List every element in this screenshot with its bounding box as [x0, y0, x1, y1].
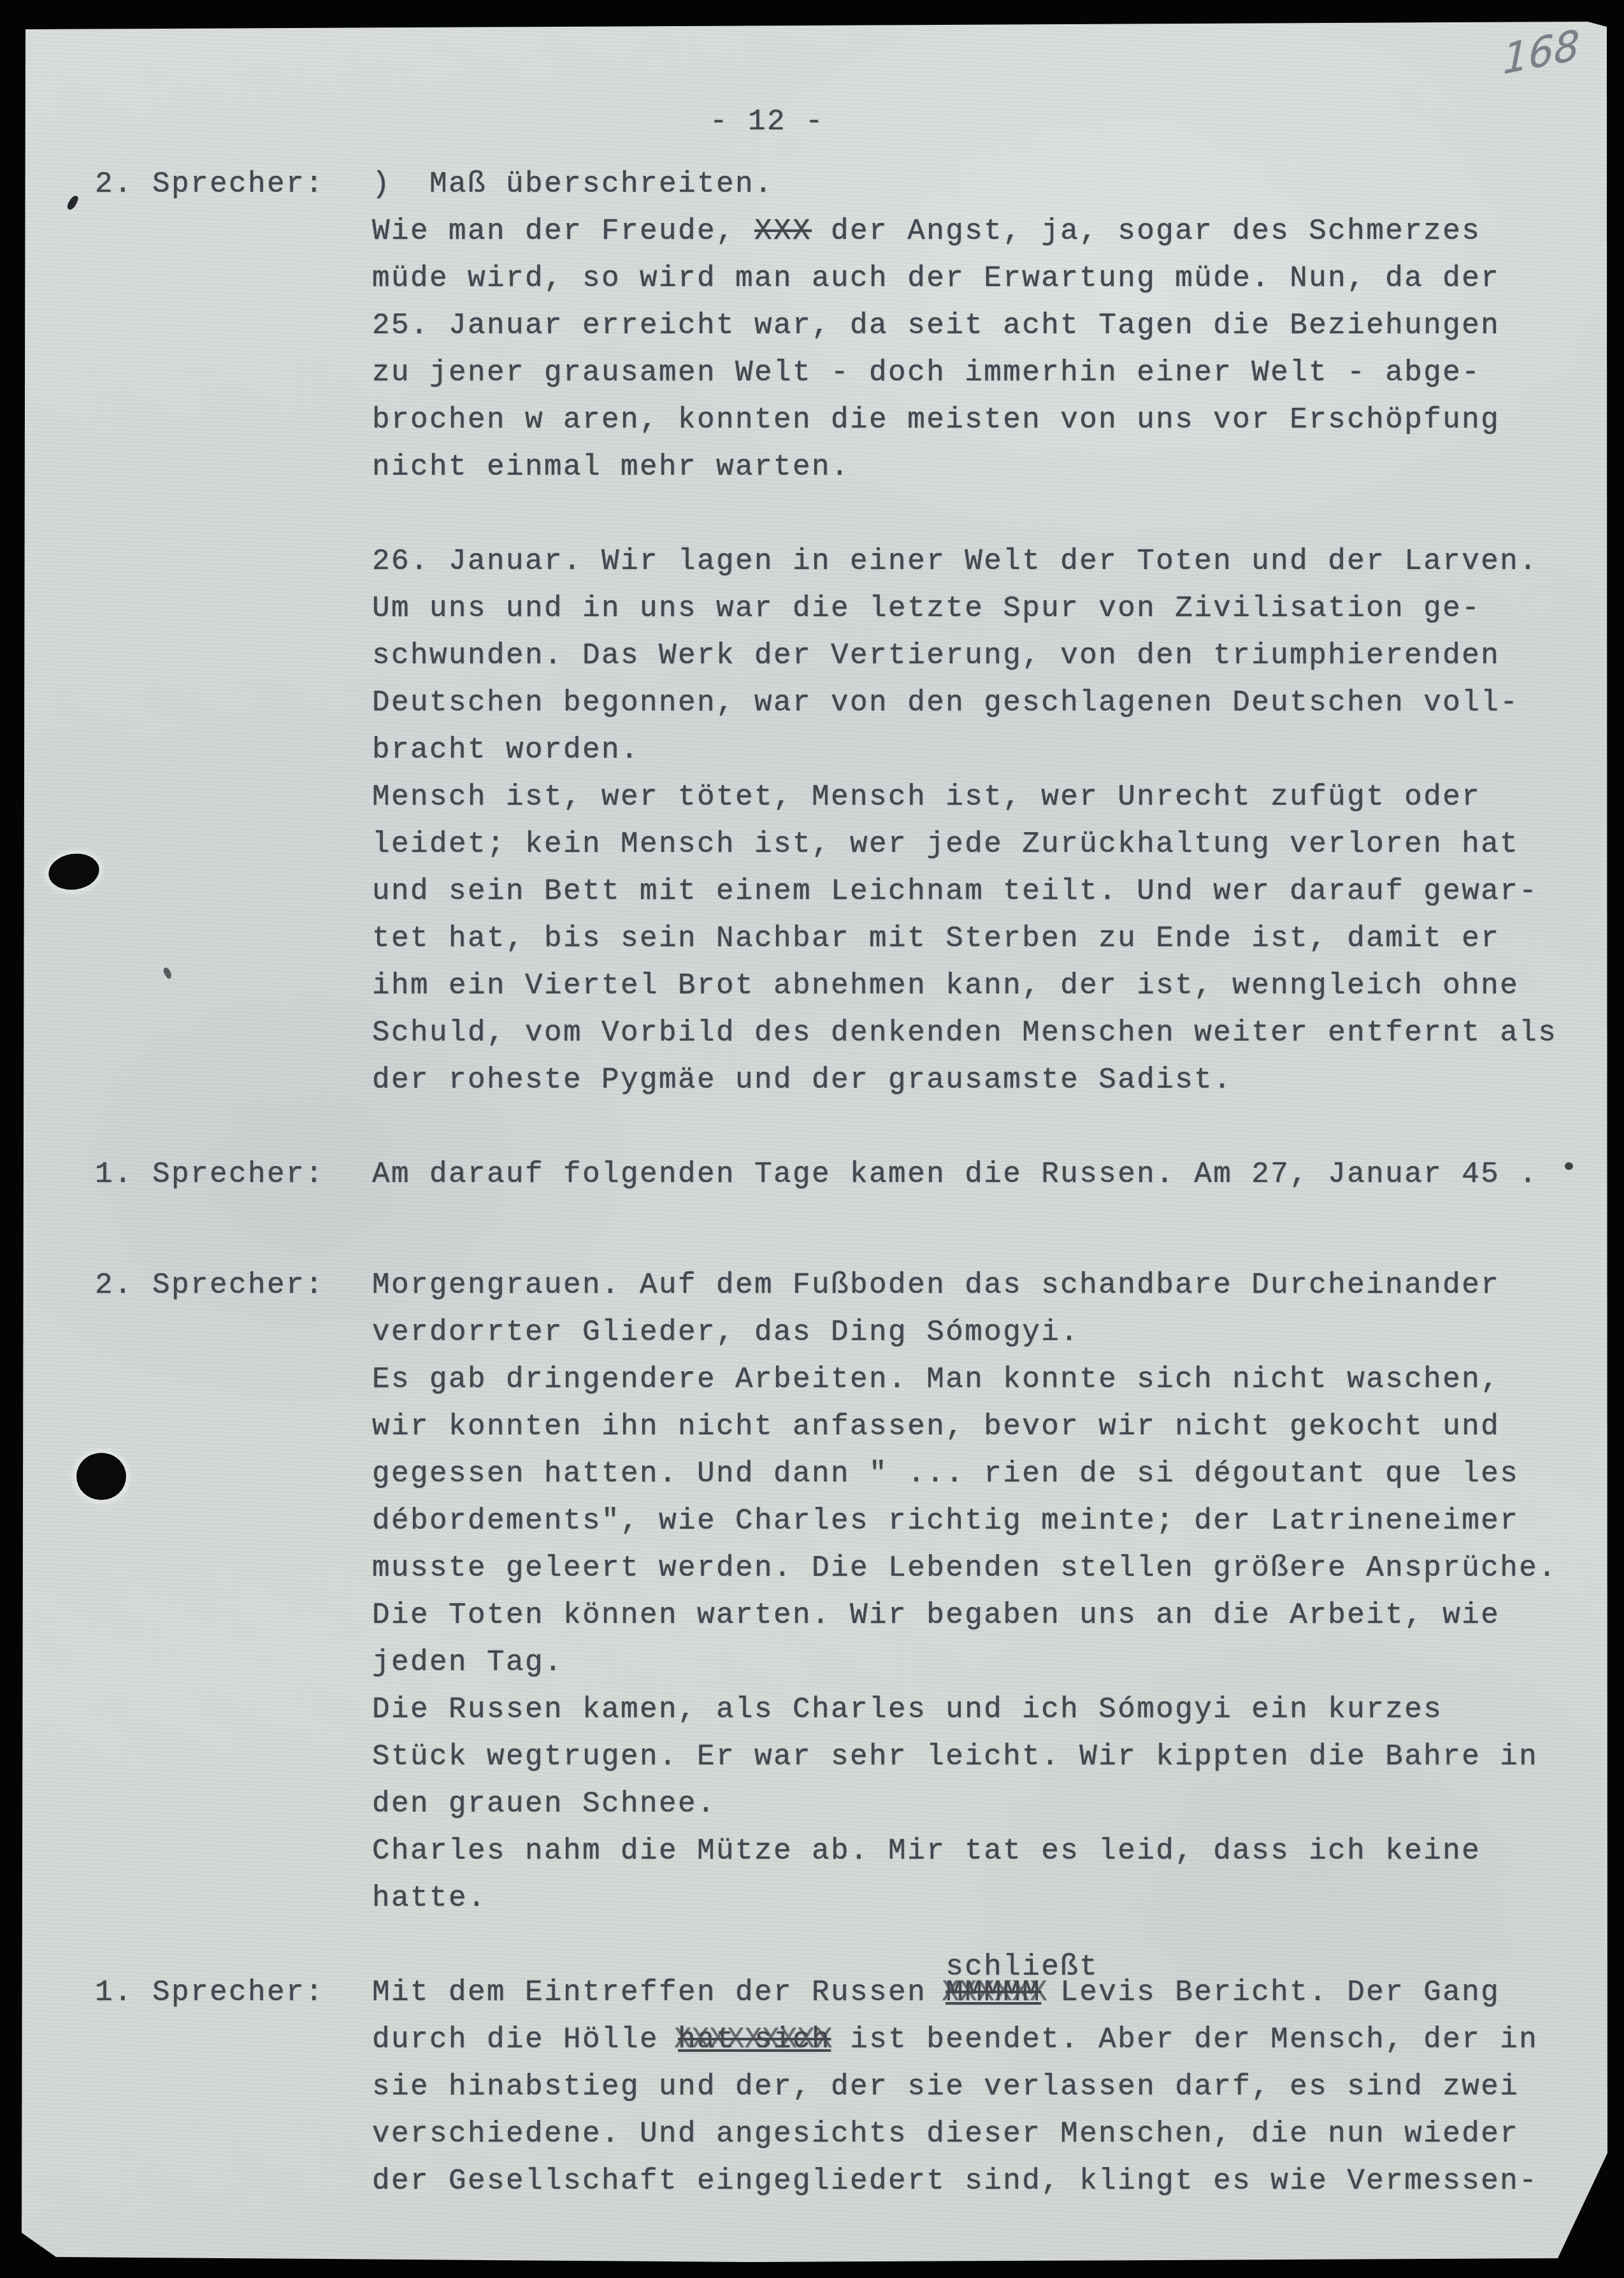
text-segment: der Angst, ja, sogar des Schmerzes	[812, 215, 1481, 248]
speaker-label: 1. Sprecher:	[95, 1969, 324, 2016]
text-segment: Am darauf folgenden Tage kamen die Russe…	[372, 1158, 1538, 1191]
struck-text: MMMMM	[945, 1969, 1041, 2016]
text-segment: bracht worden.	[372, 733, 640, 767]
typed-line: den grauen Schnee.	[372, 1780, 1599, 1827]
dialogue-block: 1. Sprecher:Mit dem Eintreffen der Russe…	[95, 1969, 1599, 2205]
typed-line: Die Russen kamen, als Charles und ich Só…	[372, 1686, 1599, 1733]
scan-background: { "page": { "typed_page_number": "- 12 -…	[0, 0, 1624, 2278]
text-segment: ihm ein Viertel Brot abnehmen kann, der …	[372, 969, 1519, 1002]
text-segment: durch die Hölle	[372, 2023, 678, 2056]
typed-line: ihm ein Viertel Brot abnehmen kann, der …	[372, 962, 1599, 1009]
text-segment: Mensch ist, wer tötet, Mensch ist, wer U…	[372, 781, 1481, 814]
text-segment: wir konnten ihn nicht anfassen, bevor wi…	[372, 1410, 1500, 1443]
text-segment: schwunden. Das Werk der Vertierung, von …	[372, 639, 1500, 672]
text-segment: verschiedene. Und angesichts dieser Mens…	[372, 2117, 1519, 2151]
typed-line: Mensch ist, wer tötet, Mensch ist, wer U…	[372, 774, 1599, 821]
text-segment: sie hinabstieg und der, der sie verlasse…	[372, 2070, 1519, 2103]
typed-page-number: - 12 -	[710, 98, 824, 145]
text-segment: débordements", wie Charles richtig meint…	[372, 1504, 1519, 1538]
text-segment: 25. Januar erreicht war, da seit acht Ta…	[372, 309, 1500, 342]
struck-text: hat sich	[678, 2016, 831, 2063]
typed-line: nicht einmal mehr warten.	[372, 443, 1599, 491]
typed-line: und sein Bett mit einem Leichnam teilt. …	[372, 868, 1599, 915]
text-segment: müde wird, so wird man auch der Erwartun…	[372, 262, 1500, 295]
text-segment: 26. Januar. Wir lagen in einer Welt der …	[372, 545, 1538, 578]
typed-line: gegessen hatten. Und dann " ... rien de …	[372, 1450, 1599, 1497]
text-segment: leidet; kein Mensch ist, wer jede Zurück…	[372, 828, 1519, 861]
typed-line: 25. Januar erreicht war, da seit acht Ta…	[372, 302, 1599, 349]
typed-line: zu jener grausamen Welt - doch immerhin …	[372, 349, 1599, 396]
typed-line: verschiedene. Und angesichts dieser Mens…	[372, 2110, 1599, 2158]
text-segment: Es gab dringendere Arbeiten. Man konnte …	[372, 1363, 1500, 1396]
typed-line: Stück wegtrugen. Er war sehr leicht. Wir…	[372, 1733, 1599, 1780]
text-segment: hatte.	[372, 1882, 487, 1915]
speaker-label: 2. Sprecher:	[95, 161, 324, 208]
ink-speck	[66, 194, 80, 212]
typed-line: Mit dem Eintreffen der Russen schließtMM…	[372, 1969, 1599, 2016]
speaker-label: 1. Sprecher:	[95, 1151, 324, 1198]
speaker-label: 2. Sprecher:	[95, 1262, 324, 1309]
text-segment: Um uns und in uns war die letzte Spur vo…	[372, 592, 1481, 625]
text-segment: musste geleert werden. Die Lebenden stel…	[372, 1552, 1557, 1585]
typed-line: ) Maß überschreiten.	[372, 161, 1599, 208]
typed-line: Wie man der Freude, XXX der Angst, ja, s…	[372, 208, 1599, 255]
typed-line: der roheste Pygmäe und der grausamste Sa…	[372, 1056, 1599, 1104]
text-segment: Die Toten können warten. Wir begaben uns…	[372, 1599, 1500, 1632]
typed-line: wir konnten ihn nicht anfassen, bevor wi…	[372, 1403, 1599, 1450]
dialogue-block: 1. Sprecher:Am darauf folgenden Tage kam…	[95, 1151, 1599, 1198]
typed-line: sie hinabstieg und der, der sie verlasse…	[372, 2063, 1599, 2110]
typed-line: jeden Tag.	[372, 1639, 1599, 1686]
text-segment: ist beendet. Aber der Mensch, der in	[831, 2023, 1538, 2056]
typed-line: musste geleert werden. Die Lebenden stel…	[372, 1545, 1599, 1592]
typed-line: tet hat, bis sein Nachbar mit Sterben zu…	[372, 915, 1599, 962]
typed-line: Morgengrauen. Auf dem Fußboden das schan…	[372, 1262, 1599, 1309]
text-segment: nicht einmal mehr warten.	[372, 451, 850, 484]
text-segment: ) Maß überschreiten.	[372, 168, 773, 201]
text-segment: Wie man der Freude,	[372, 215, 754, 248]
typed-line: verdorrter Glieder, das Ding Sómogyi.	[372, 1309, 1599, 1356]
typed-line: Charles nahm die Mütze ab. Mir tat es le…	[372, 1827, 1599, 1875]
text-segment: gegessen hatten. Und dann " ... rien de …	[372, 1457, 1519, 1490]
text-segment: Deutschen begonnen, war von den geschlag…	[372, 686, 1519, 719]
text-segment: den grauen Schnee.	[372, 1787, 716, 1820]
typed-line: Am darauf folgenden Tage kamen die Russe…	[372, 1151, 1599, 1198]
text-segment: tet hat, bis sein Nachbar mit Sterben zu…	[372, 922, 1500, 955]
typed-line: durch die Hölle hat sich ist beendet. Ab…	[372, 2016, 1599, 2063]
typed-line: Schuld, vom Vorbild des denkenden Mensch…	[372, 1009, 1599, 1056]
typed-line: schwunden. Das Werk der Vertierung, von …	[372, 632, 1599, 679]
typed-line: Es gab dringendere Arbeiten. Man konnte …	[372, 1356, 1599, 1403]
dialogue-block: 2. Sprecher:Morgengrauen. Auf dem Fußbod…	[95, 1262, 1599, 1922]
punch-hole-top	[46, 850, 102, 893]
text-segment: Schuld, vom Vorbild des denkenden Mensch…	[372, 1016, 1557, 1049]
text-segment: der Gesellschaft eingegliedert sind, kli…	[372, 2165, 1538, 2198]
typed-line: 26. Januar. Wir lagen in einer Welt der …	[372, 538, 1599, 585]
text-segment: Die Russen kamen, als Charles und ich Só…	[372, 1693, 1442, 1726]
typed-line	[372, 491, 1599, 538]
typed-line: Um uns und in uns war die letzte Spur vo…	[372, 585, 1599, 632]
typed-line: leidet; kein Mensch ist, wer jede Zurück…	[372, 821, 1599, 868]
handwritten-folio-number: 168	[1502, 22, 1579, 85]
document-page: - 12 - 168 2. Sprecher:) Maß überschreit…	[17, 22, 1608, 2262]
text-segment: Morgengrauen. Auf dem Fußboden das schan…	[372, 1269, 1500, 1302]
text-segment: verdorrter Glieder, das Ding Sómogyi.	[372, 1316, 1079, 1349]
script-blocks: 2. Sprecher:) Maß überschreiten.Wie man …	[95, 161, 1599, 2205]
text-segment: brochen w aren, konnten die meisten von …	[372, 403, 1500, 436]
dialogue-block: 2. Sprecher:) Maß überschreiten.Wie man …	[95, 161, 1599, 1104]
typed-line: bracht worden.	[372, 726, 1599, 774]
typed-line: hatte.	[372, 1875, 1599, 1922]
text-segment: der roheste Pygmäe und der grausamste Sa…	[372, 1063, 1232, 1097]
text-segment: Levis Bericht. Der Gang	[1041, 1976, 1500, 2009]
typed-line: Deutschen begonnen, war von den geschlag…	[372, 679, 1599, 726]
typed-line: débordements", wie Charles richtig meint…	[372, 1497, 1599, 1545]
text-segment: Charles nahm die Mütze ab. Mir tat es le…	[372, 1835, 1481, 1868]
text-segment: zu jener grausamen Welt - doch immerhin …	[372, 356, 1481, 389]
text-segment: und sein Bett mit einem Leichnam teilt. …	[372, 875, 1538, 908]
text-segment: Stück wegtrugen. Er war sehr leicht. Wir…	[372, 1740, 1538, 1773]
typed-line: müde wird, so wird man auch der Erwartun…	[372, 255, 1599, 302]
text-segment: Mit dem Eintreffen der Russen	[372, 1976, 945, 2009]
text-segment: jeden Tag.	[372, 1646, 563, 1679]
struck-text: XXX	[754, 215, 812, 248]
typed-line: brochen w aren, konnten die meisten von …	[372, 396, 1599, 443]
typed-line: Die Toten können warten. Wir begaben uns…	[372, 1592, 1599, 1639]
typed-line: der Gesellschaft eingegliedert sind, kli…	[372, 2158, 1599, 2205]
